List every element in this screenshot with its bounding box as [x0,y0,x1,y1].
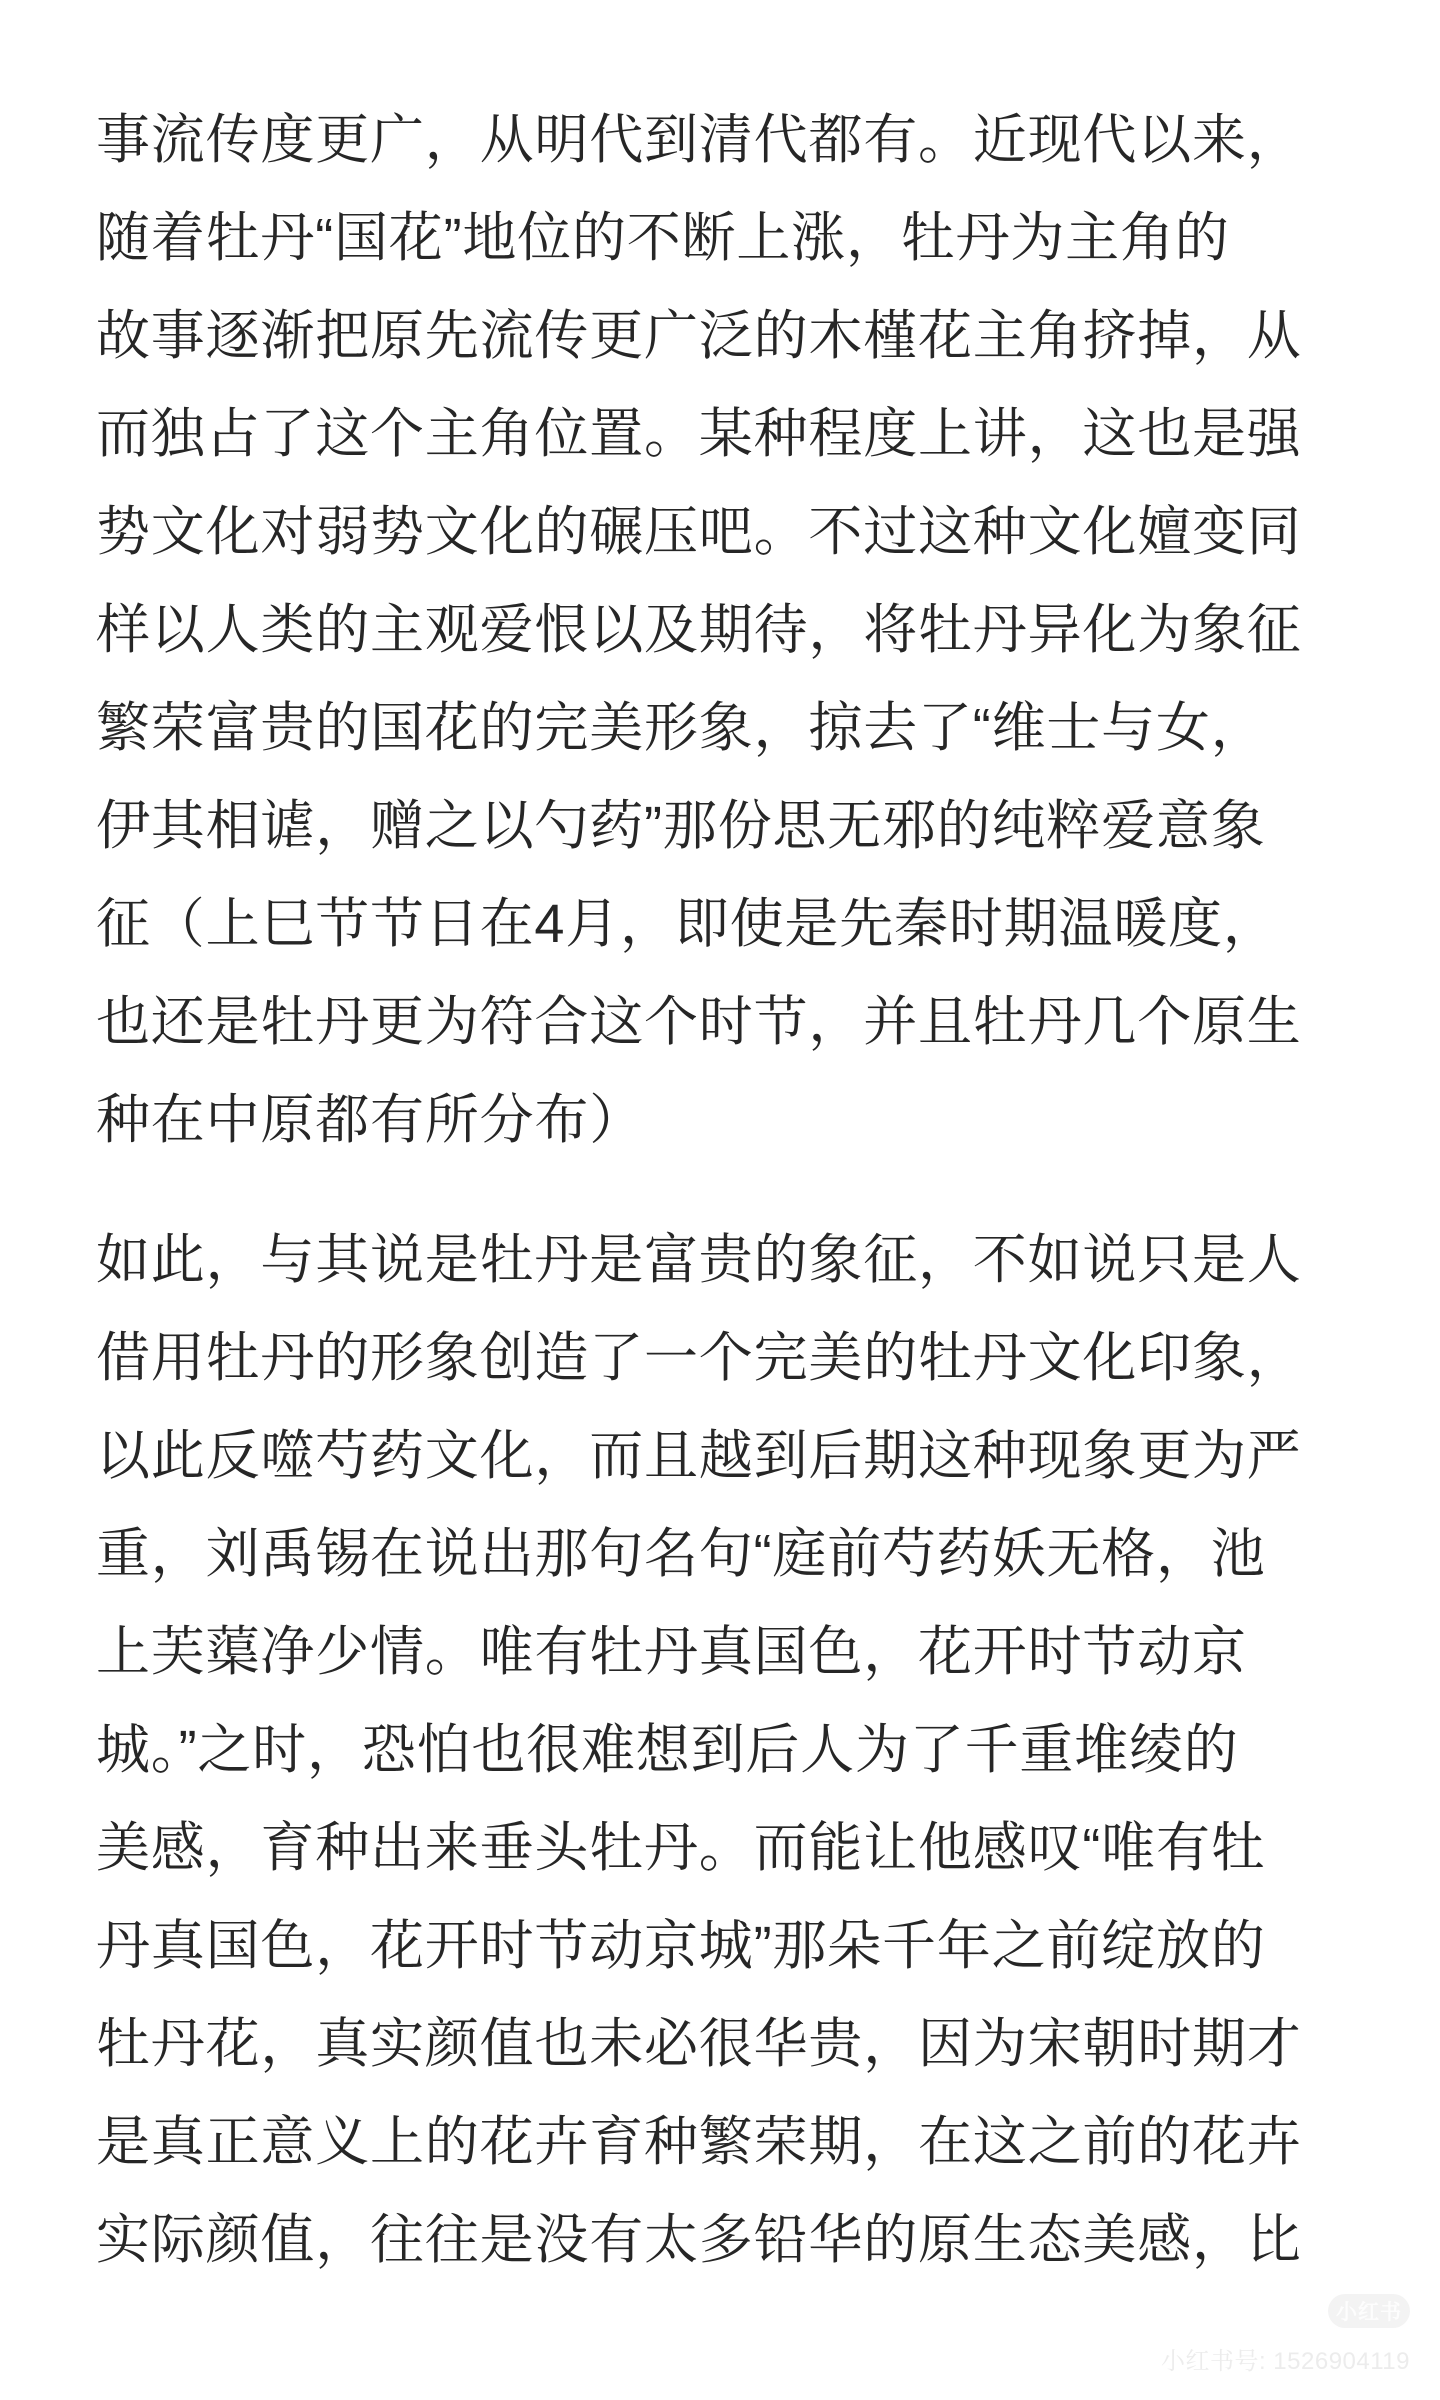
xiaohongshu-id-label: 小红书号: 1526904119 [1161,2341,1410,2376]
text-line: 种在中原都有所分布） [96,1071,1362,1169]
text-line: 事流传度更广，从明代到清代都有。近现代以来， [96,91,1362,189]
paragraph: 事流传度更广，从明代到清代都有。近现代以来，随着牡丹“国花”地位的不断上涨，牡丹… [96,91,1362,1169]
text-line: 如此，与其说是牡丹是富贵的象征，不如说只是人 [96,1211,1362,1309]
text-line: 重，刘禹锡在说出那句名句“庭前芍药妖无格，池 [96,1505,1362,1603]
text-line: 故事逐渐把原先流传更广泛的木槿花主角挤掉，从 [96,287,1362,385]
text-line: 借用牡丹的形象创造了一个完美的牡丹文化印象， [96,1309,1362,1407]
text-line: 样以人类的主观爱恨以及期待，将牡丹异化为象征 [96,581,1362,679]
text-line: 征（上巳节节日在4月，即使是先秦时期温暖度， [96,875,1362,973]
text-line: 是真正意义上的花卉育种繁荣期，在这之前的花卉 [96,2093,1362,2191]
text-line: 也还是牡丹更为符合这个时节，并且牡丹几个原生 [96,973,1362,1071]
text-line: 伊其相谑，赠之以勺药”那份思无邪的纯粹爱意象 [96,777,1362,875]
article-body: 事流传度更广，从明代到清代都有。近现代以来，随着牡丹“国花”地位的不断上涨，牡丹… [0,0,1440,2289]
paragraph: 如此，与其说是牡丹是富贵的象征，不如说只是人借用牡丹的形象创造了一个完美的牡丹文… [96,1211,1362,2289]
text-line: 美感，育种出来垂头牡丹。而能让他感叹“唯有牡 [96,1799,1362,1897]
xiaohongshu-badge-label: 小红书 [1336,2296,1402,2326]
text-line: 城。”之时，恐怕也很难想到后人为了千重堆绫的 [96,1701,1362,1799]
text-line: 势文化对弱势文化的碾压吧。不过这种文化嬗变同 [96,483,1362,581]
article-page: 事流传度更广，从明代到清代都有。近现代以来，随着牡丹“国花”地位的不断上涨，牡丹… [0,0,1440,2289]
text-line: 牡丹花，真实颜值也未必很华贵，因为宋朝时期才 [96,1995,1362,2093]
text-line: 随着牡丹“国花”地位的不断上涨，牡丹为主角的 [96,189,1362,287]
text-line: 而独占了这个主角位置。某种程度上讲，这也是强 [96,385,1362,483]
xiaohongshu-badge: 小红书 [1328,2294,1410,2328]
text-line: 丹真国色，花开时节动京城”那朵千年之前绽放的 [96,1897,1362,1995]
text-line: 实际颜值，往往是没有太多铅华的原生态美感，比 [96,2191,1362,2289]
watermark: 小红书 小红书号: 1526904119 [1070,2294,1410,2374]
text-line: 以此反噬芍药文化，而且越到后期这种现象更为严 [96,1407,1362,1505]
text-line: 上芙蕖净少情。唯有牡丹真国色，花开时节动京 [96,1603,1362,1701]
text-line: 繁荣富贵的国花的完美形象，掠去了“维士与女， [96,679,1362,777]
